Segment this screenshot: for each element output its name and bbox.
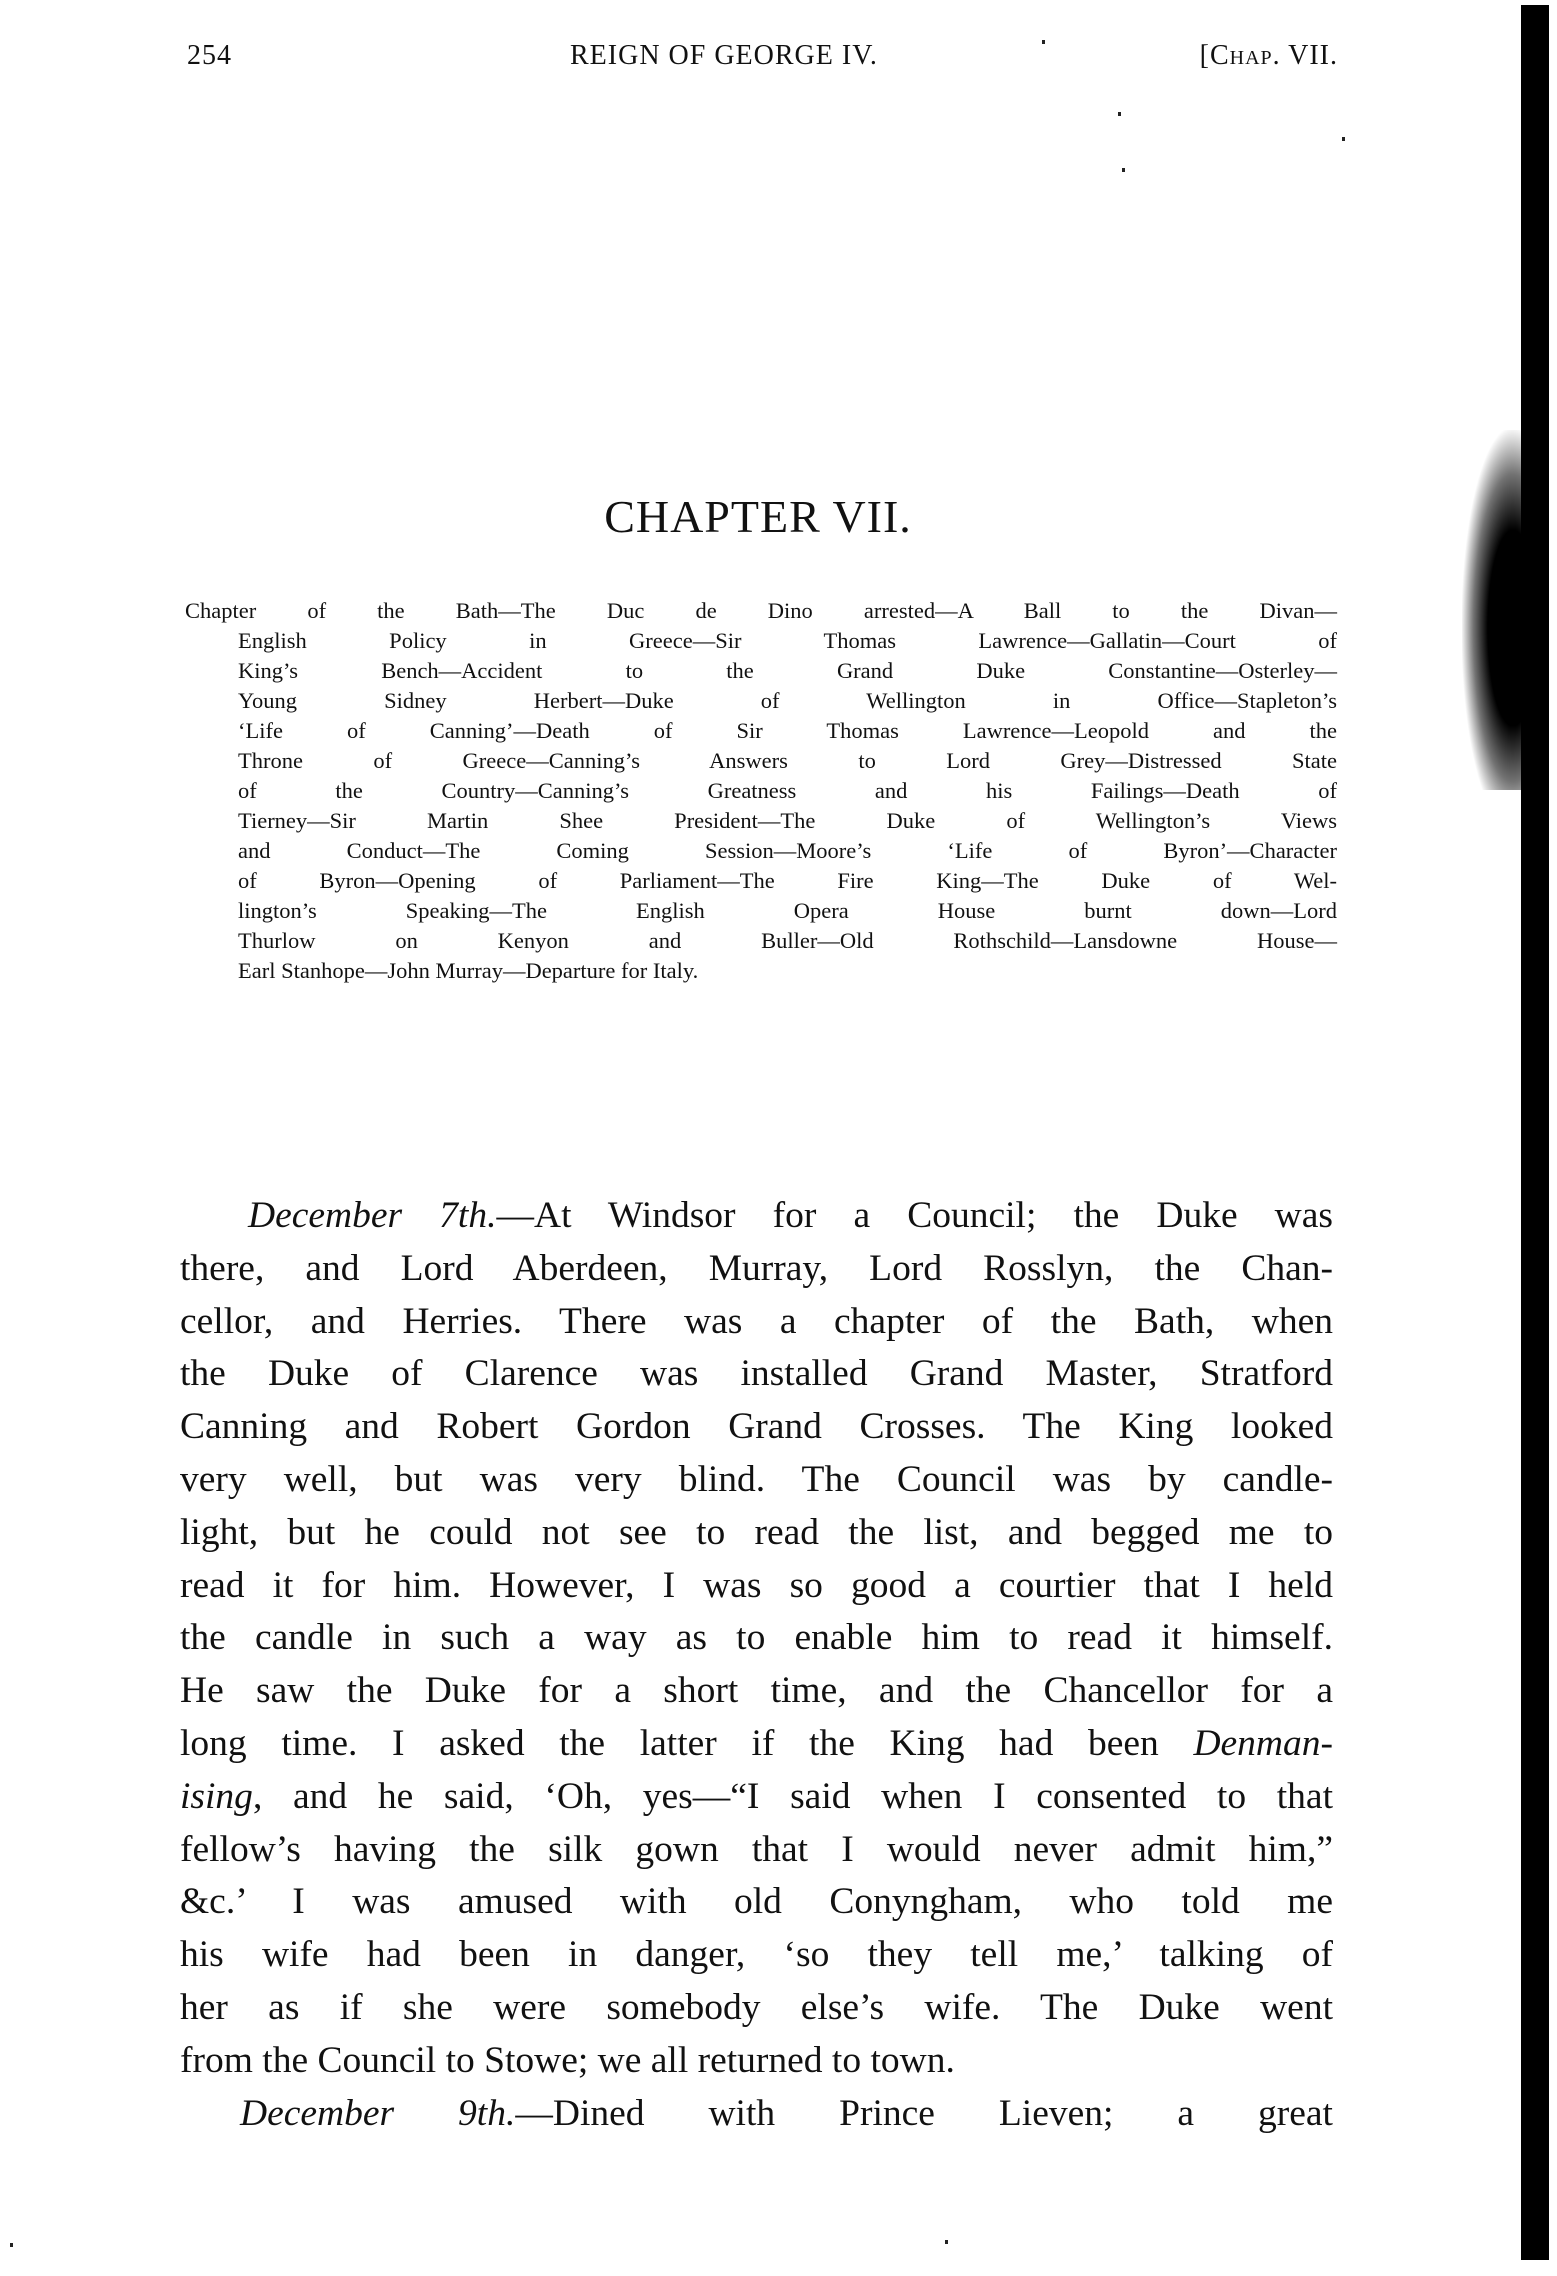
body-line: from the Council to Stowe; we all return…	[180, 2035, 1333, 2088]
entry-date: December 9th.	[240, 2093, 515, 2134]
scan-speck	[945, 2240, 948, 2244]
body-line: He saw the Duke for a short time, and th…	[180, 1665, 1333, 1718]
scan-speck	[1118, 112, 1121, 116]
synopsis-line: ‘Life of Canning’—Death of Sir Thomas La…	[238, 716, 1337, 746]
scan-edge-smudge	[1462, 430, 1522, 790]
page-number: 254	[187, 40, 232, 72]
synopsis-line: English Policy in Greece—Sir Thomas Lawr…	[238, 626, 1337, 656]
body-line: there, and Lord Aberdeen, Murray, Lord R…	[180, 1243, 1333, 1296]
synopsis-line: Thurlow on Kenyon and Buller—Old Rothsch…	[238, 926, 1337, 956]
synopsis-line: Chapter of the Bath—The Duc de Dino arre…	[185, 596, 1337, 626]
scan-speck	[1042, 40, 1045, 44]
chapter-title: CHAPTER VII.	[0, 490, 1516, 543]
body-line: the Duke of Clarence was installed Grand…	[180, 1348, 1333, 1401]
scan-speck	[1122, 168, 1125, 172]
synopsis-line: of the Country—Canning’s Greatness and h…	[238, 776, 1337, 806]
body-line: fellow’s having the silk gown that I wou…	[180, 1824, 1333, 1877]
synopsis-line: King’s Bench—Accident to the Grand Duke …	[238, 656, 1337, 686]
synopsis-line: Young Sidney Herbert—Duke of Wellington …	[238, 686, 1337, 716]
body-line: read it for him. However, I was so good …	[180, 1560, 1333, 1613]
scan-speck	[10, 2243, 13, 2247]
running-head: 254 REIGN OF GEORGE IV. [Chap. VII.	[187, 40, 1338, 74]
synopsis-line: lington’s Speaking—The English Opera Hou…	[238, 896, 1337, 926]
body-line: ising, and he said, ‘Oh, yes—“I said whe…	[180, 1771, 1333, 1824]
body-line: the candle in such a way as to enable hi…	[180, 1612, 1333, 1665]
synopsis-line: Earl Stanhope—John Murray—Departure for …	[238, 956, 1337, 986]
scan-speck	[1342, 137, 1345, 141]
synopsis-line: and Conduct—The Coming Session—Moore’s ‘…	[238, 836, 1337, 866]
body-line: his wife had been in danger, ‘so they te…	[180, 1929, 1333, 1982]
body-line: &c.’ I was amused with old Conyngham, wh…	[180, 1876, 1333, 1929]
chapter-reference: [Chap. VII.	[1200, 40, 1338, 72]
scan-edge-shadow	[1521, 5, 1549, 2260]
body-line: light, but he could not see to read the …	[180, 1507, 1333, 1560]
synopsis-line: of Byron—Opening of Parliament—The Fire …	[238, 866, 1337, 896]
entry-date: December 7th.	[248, 1195, 496, 1236]
entry-first-line: December 7th.—At Windsor for a Council; …	[248, 1190, 1333, 1243]
entry-first-line: December 9th.—Dined with Prince Lieven; …	[240, 2088, 1333, 2141]
body-line: her as if she were somebody else’s wife.…	[180, 1982, 1333, 2035]
body-line: cellor, and Herries. There was a chapter…	[180, 1296, 1333, 1349]
synopsis-line: Throne of Greece—Canning’s Answers to Lo…	[238, 746, 1337, 776]
body-line: Canning and Robert Gordon Grand Crosses.…	[180, 1401, 1333, 1454]
running-title: REIGN OF GEORGE IV.	[570, 40, 878, 72]
body-line: long time. I asked the latter if the Kin…	[180, 1718, 1333, 1771]
synopsis-line: Tierney—Sir Martin Shee President—The Du…	[238, 806, 1337, 836]
body-line: very well, but was very blind. The Counc…	[180, 1454, 1333, 1507]
